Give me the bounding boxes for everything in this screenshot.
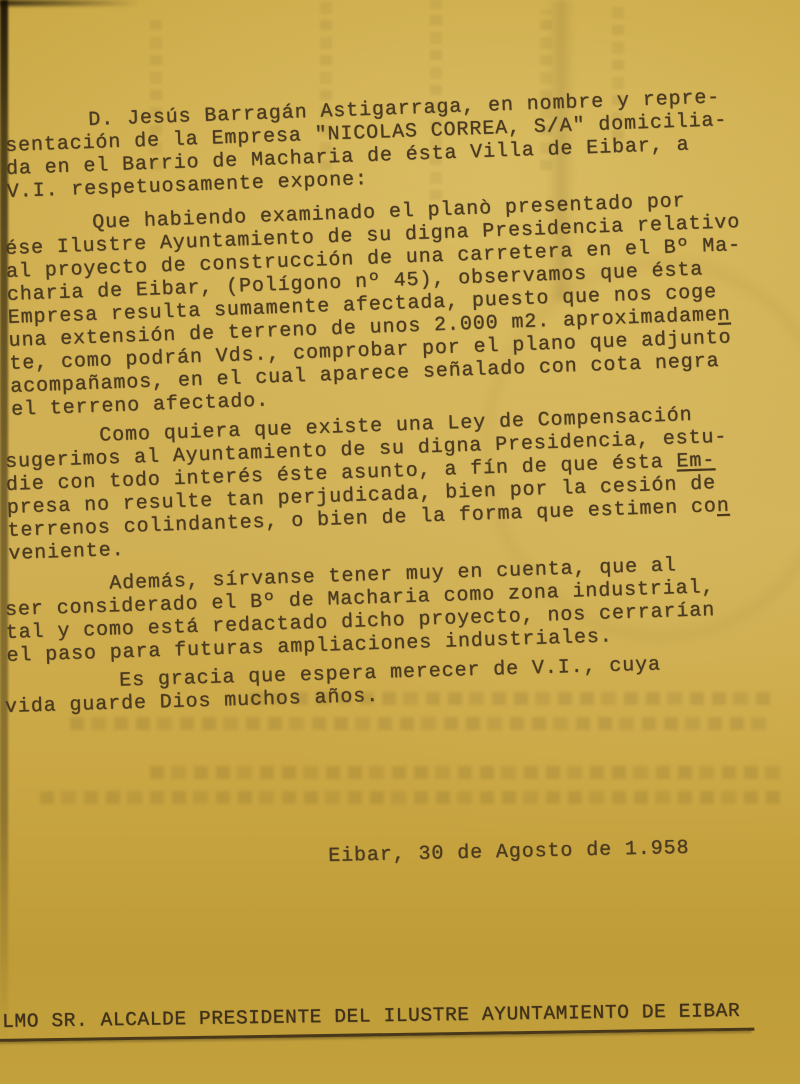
underlined-text-segment: n: [716, 495, 730, 518]
date-line: Eibar, 30 de Agosto de 1.958: [328, 837, 690, 868]
scanned-letter-page: D. Jesús Barragán Astigarraga, en nombre…: [0, 0, 800, 1084]
bleedthrough-line: [70, 717, 770, 730]
bleedthrough-line: [40, 791, 780, 804]
page-edge-shadow-top: [0, 0, 140, 6]
paragraph-industrial-zone: Además, sírvanse tener muy en cuenta, qu…: [4, 551, 789, 668]
underlined-text-segment: Em-: [676, 449, 715, 473]
addressee-line: LMO SR. ALCALDE PRESIDENTE DEL ILUSTRE A…: [0, 999, 755, 1042]
paragraph-suggestion: Como quiera que existe una Ley de Compen…: [4, 401, 790, 566]
underlined-text-segment: n: [717, 303, 731, 326]
paragraph-introduction: D. Jesús Barragán Astigarraga, en nombre…: [4, 84, 789, 204]
bleedthrough-line: [150, 766, 780, 779]
paragraph-exposition: Que habiendo examinado el planò presenta…: [4, 186, 793, 422]
